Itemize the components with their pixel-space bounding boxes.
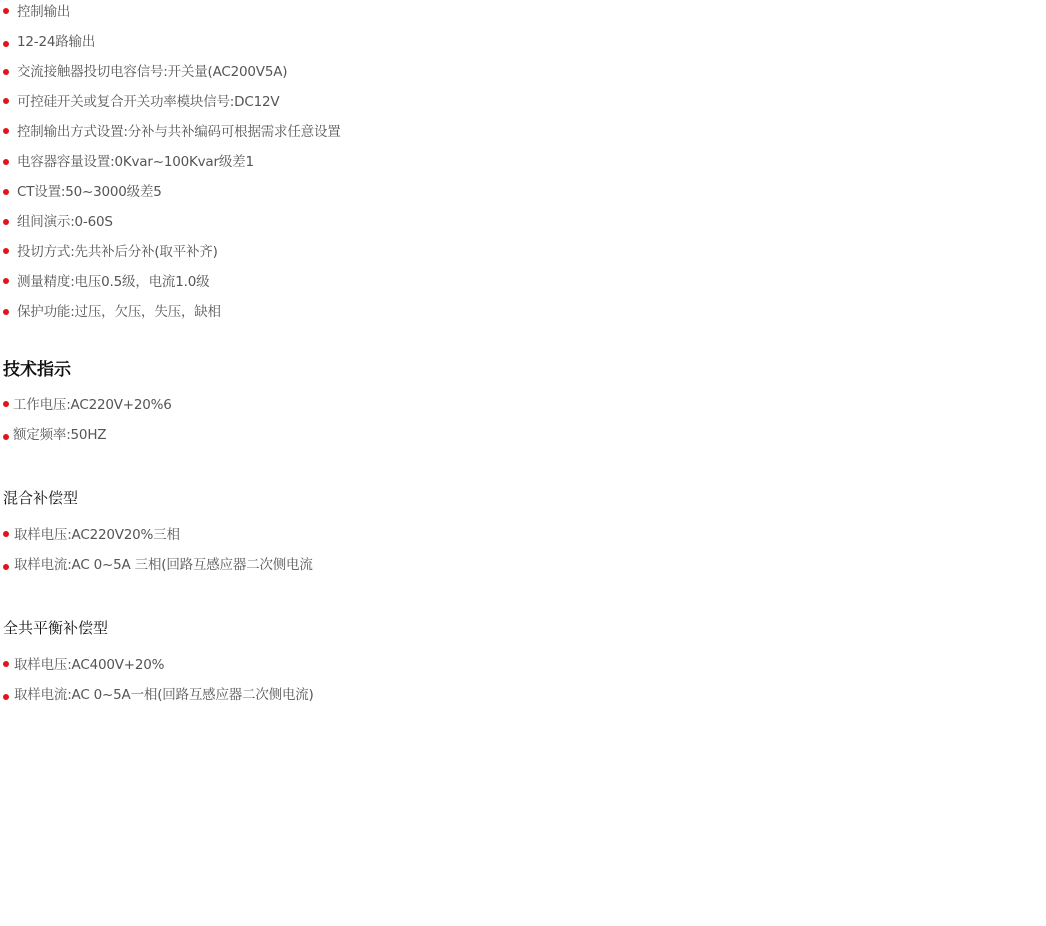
list-item-text: 可控硅开关或复合开关功率模块信号:DC12V <box>17 90 279 114</box>
bullet-icon <box>3 219 9 225</box>
list-item-text: 取样电压:AC220V20%三相 <box>14 523 180 547</box>
list-item-text: 控制输出方式设置:分补与共补编码可根据需求任意设置 <box>17 120 341 144</box>
list-item-text: CT设置:50~3000级差5 <box>17 180 162 204</box>
section-heading: 混合补偿型 <box>3 487 78 508</box>
list-item-text: 额定频率:50HZ <box>13 423 106 447</box>
bullet-icon <box>3 278 9 284</box>
bullet-icon <box>3 248 9 254</box>
bullet-icon <box>3 8 9 14</box>
bullet-icon <box>3 98 9 104</box>
list-item-text: 投切方式:先共补后分补(取平补齐) <box>17 240 218 264</box>
list-item-text: 取样电压:AC400V+20% <box>14 653 164 677</box>
list-item-text: 12-24路输出 <box>17 30 95 54</box>
bullet-icon <box>3 69 9 75</box>
list-item-text: 取样电流:AC 0~5A一相(回路互感应器二次侧电流) <box>14 683 314 707</box>
list-item-text: 电容器容量设置:0Kvar~100Kvar级差1 <box>17 150 254 174</box>
bullet-icon <box>3 531 9 537</box>
bullet-icon <box>3 694 9 700</box>
bullet-icon <box>3 564 9 570</box>
bullet-icon <box>3 159 9 165</box>
bullet-icon <box>3 128 9 134</box>
bullet-icon <box>3 661 9 667</box>
list-item-text: 保护功能:过压，欠压，失压，缺相 <box>17 300 221 324</box>
list-item-text: 交流接触器投切电容信号:开关量(AC200V5A) <box>17 60 287 84</box>
bullet-icon <box>3 309 9 315</box>
list-item-text: 组间演示:0-60S <box>17 210 113 234</box>
section-heading: 技术指示 <box>3 355 71 380</box>
list-item-text: 测量精度:电压0.5级，电流1.0级 <box>17 270 209 294</box>
bullet-icon <box>3 189 9 195</box>
bullet-icon <box>3 434 9 440</box>
list-item-text: 工作电压:AC220V+20%6 <box>13 393 172 417</box>
bullet-icon <box>3 401 9 407</box>
section-heading: 全共平衡补偿型 <box>3 617 108 638</box>
list-item-text: 取样电流:AC 0~5A 三相(回路互感应器二次侧电流 <box>14 553 313 577</box>
list-item-text: 控制输出 <box>17 0 70 24</box>
bullet-icon <box>3 41 9 47</box>
